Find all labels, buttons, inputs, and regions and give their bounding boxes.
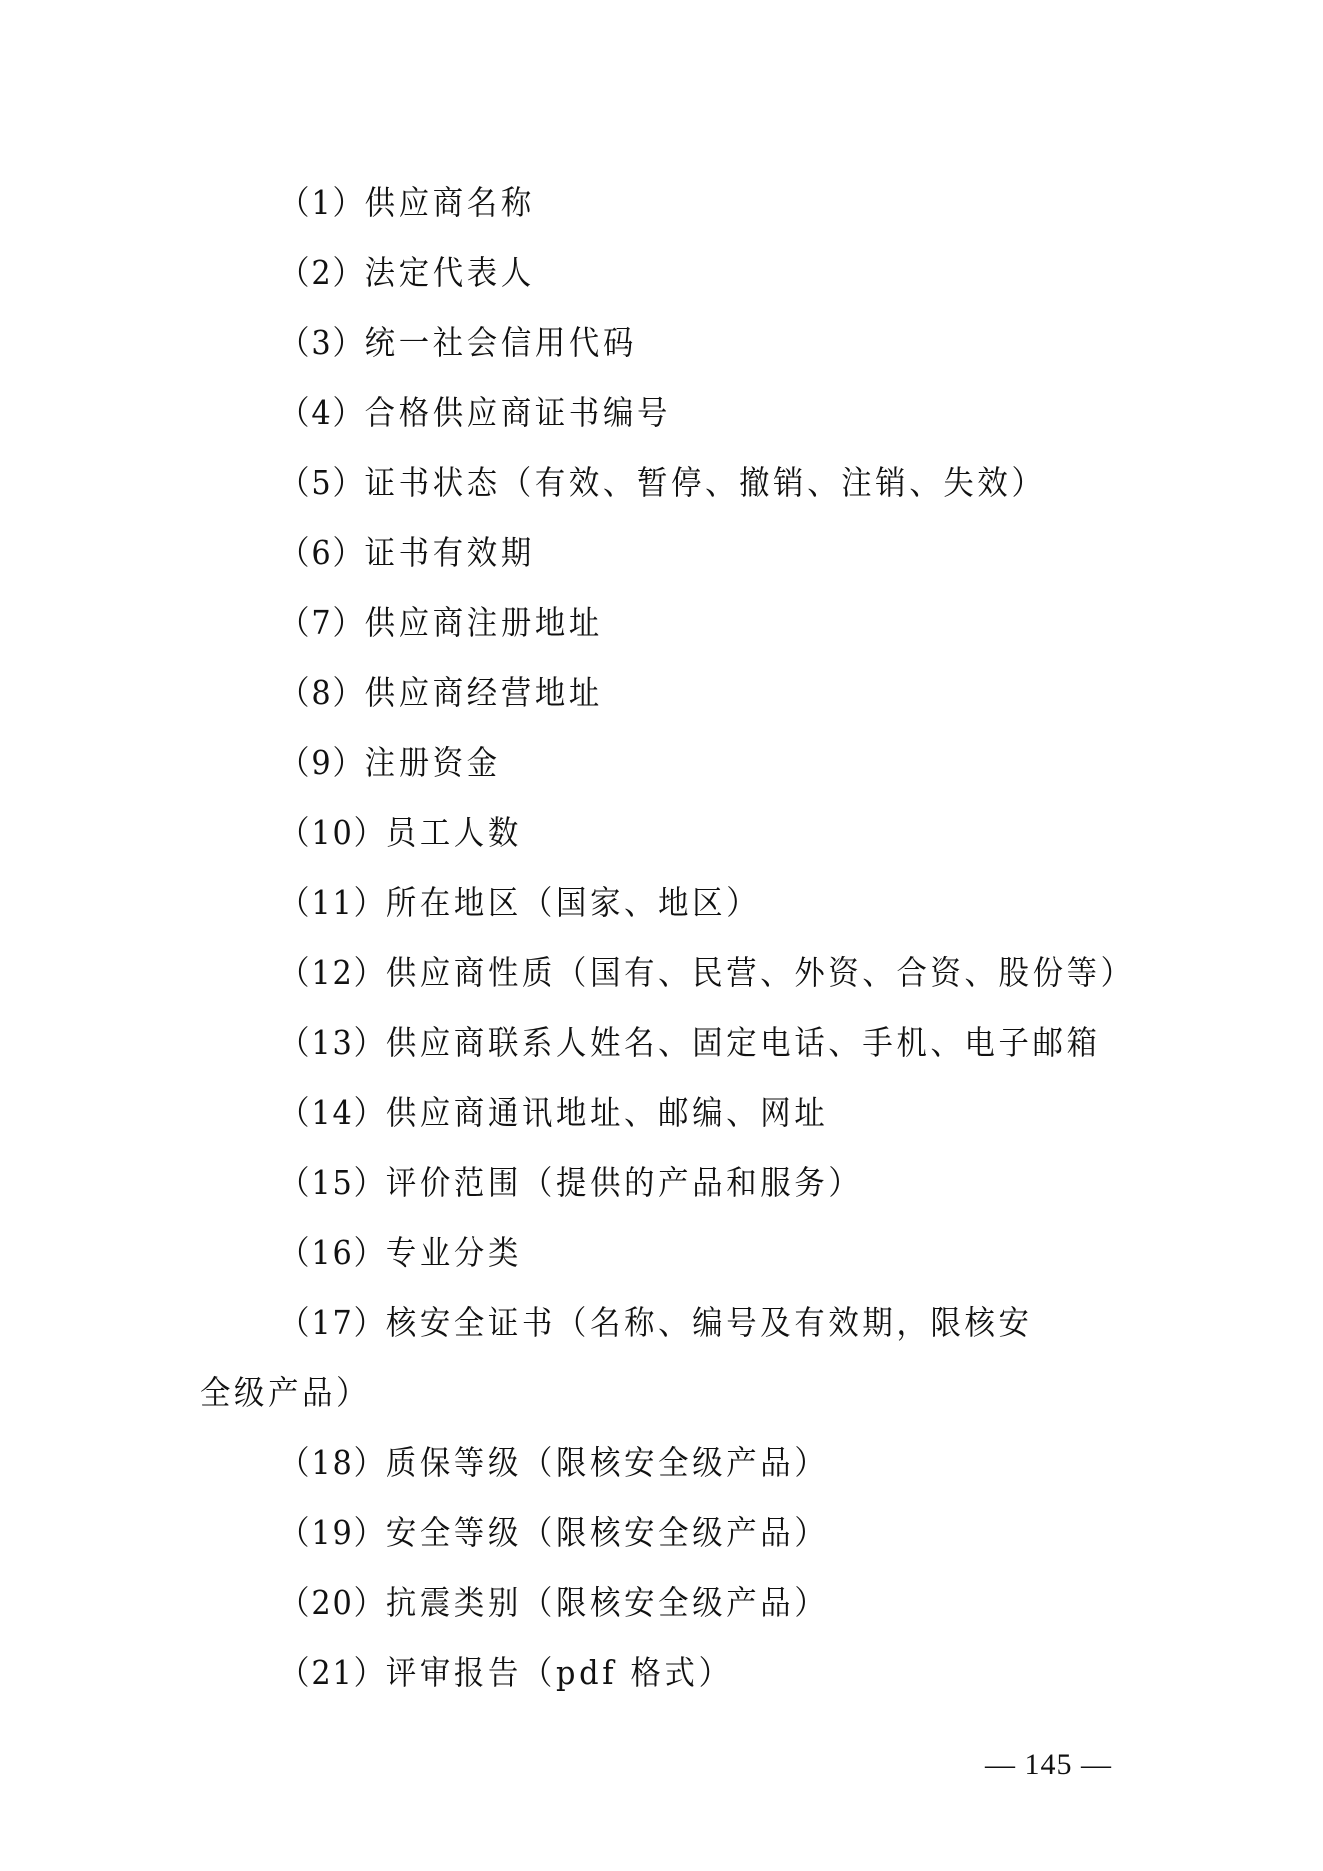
item-number: （4）: [279, 393, 365, 432]
list-item: （2）法定代表人: [200, 238, 1046, 308]
item-number: （9）: [279, 743, 365, 782]
item-number: （18）: [279, 1443, 386, 1482]
list-item: （17）核安全证书（名称、编号及有效期，限核安全级产品）: [200, 1288, 1046, 1428]
list-item: （13）供应商联系人姓名、固定电话、手机、电子邮箱: [200, 1008, 1046, 1078]
list-item: （14）供应商通讯地址、邮编、网址: [200, 1078, 1046, 1148]
list-item: （1）供应商名称: [200, 168, 1046, 238]
list-item: （7）供应商注册地址: [200, 588, 1046, 658]
list-item: （15）评价范围（提供的产品和服务）: [200, 1148, 1046, 1218]
item-text: 安全等级（限核安全级产品）: [386, 1513, 829, 1552]
item-text: 统一社会信用代码: [365, 323, 637, 362]
item-number: （10）: [279, 813, 386, 852]
item-text: 抗震类别（限核安全级产品）: [386, 1583, 829, 1622]
item-text: 员工人数: [386, 813, 522, 852]
document-body: （1）供应商名称 （2）法定代表人 （3）统一社会信用代码 （4）合格供应商证书…: [200, 168, 1120, 1708]
list-item: （20）抗震类别（限核安全级产品）: [200, 1568, 1046, 1638]
item-number: （14）: [279, 1093, 386, 1132]
item-number: （17）: [279, 1303, 386, 1342]
item-number: （5）: [279, 463, 365, 502]
item-text: 证书有效期: [365, 533, 535, 572]
list-item: （19）安全等级（限核安全级产品）: [200, 1498, 1046, 1568]
item-number: （2）: [279, 253, 365, 292]
item-number: （21）: [279, 1653, 386, 1692]
item-number: （15）: [279, 1163, 386, 1202]
item-number: （3）: [279, 323, 365, 362]
list-item: （10）员工人数: [200, 798, 1046, 868]
item-text: 注册资金: [365, 743, 501, 782]
item-text: 证书状态（有效、暂停、撤销、注销、失效）: [365, 463, 1046, 502]
item-number: （19）: [279, 1513, 386, 1552]
item-text: 专业分类: [386, 1233, 522, 1272]
item-text: 供应商通讯地址、邮编、网址: [386, 1093, 829, 1132]
list-item: （8）供应商经营地址: [200, 658, 1046, 728]
list-item: （4）合格供应商证书编号: [200, 378, 1046, 448]
list-item: （11）所在地区（国家、地区）: [200, 868, 1046, 938]
item-number: （12）: [279, 953, 386, 992]
list-item: （12）供应商性质（国有、民营、外资、合资、股份等）: [200, 938, 1046, 1008]
list-item: （5）证书状态（有效、暂停、撤销、注销、失效）: [200, 448, 1046, 518]
list-item: （16）专业分类: [200, 1218, 1046, 1288]
item-number: （16）: [279, 1233, 386, 1272]
item-text: 供应商性质（国有、民营、外资、合资、股份等）: [386, 953, 1135, 992]
item-number: （1）: [279, 183, 365, 222]
list-item: （18）质保等级（限核安全级产品）: [200, 1428, 1046, 1498]
item-text: 合格供应商证书编号: [365, 393, 671, 432]
page-number: — 145 —: [985, 1748, 1112, 1782]
item-text: 供应商名称: [365, 183, 535, 222]
list-item: （3）统一社会信用代码: [200, 308, 1046, 378]
item-text: 供应商注册地址: [365, 603, 603, 642]
item-number: （6）: [279, 533, 365, 572]
item-number: （13）: [279, 1023, 386, 1062]
item-text: 供应商联系人姓名、固定电话、手机、电子邮箱: [386, 1023, 1101, 1062]
item-number: （7）: [279, 603, 365, 642]
item-text: 质保等级（限核安全级产品）: [386, 1443, 829, 1482]
item-text: 评价范围（提供的产品和服务）: [386, 1163, 863, 1202]
item-number: （8）: [279, 673, 365, 712]
item-number: （20）: [279, 1583, 386, 1622]
item-text: 法定代表人: [365, 253, 535, 292]
list-item: （6）证书有效期: [200, 518, 1046, 588]
item-text: 供应商经营地址: [365, 673, 603, 712]
item-text: 评审报告（pdf 格式）: [386, 1653, 733, 1692]
list-item: （9）注册资金: [200, 728, 1046, 798]
item-text: 所在地区（国家、地区）: [386, 883, 760, 922]
item-number: （11）: [279, 883, 386, 922]
list-item: （21）评审报告（pdf 格式）: [200, 1638, 1046, 1708]
